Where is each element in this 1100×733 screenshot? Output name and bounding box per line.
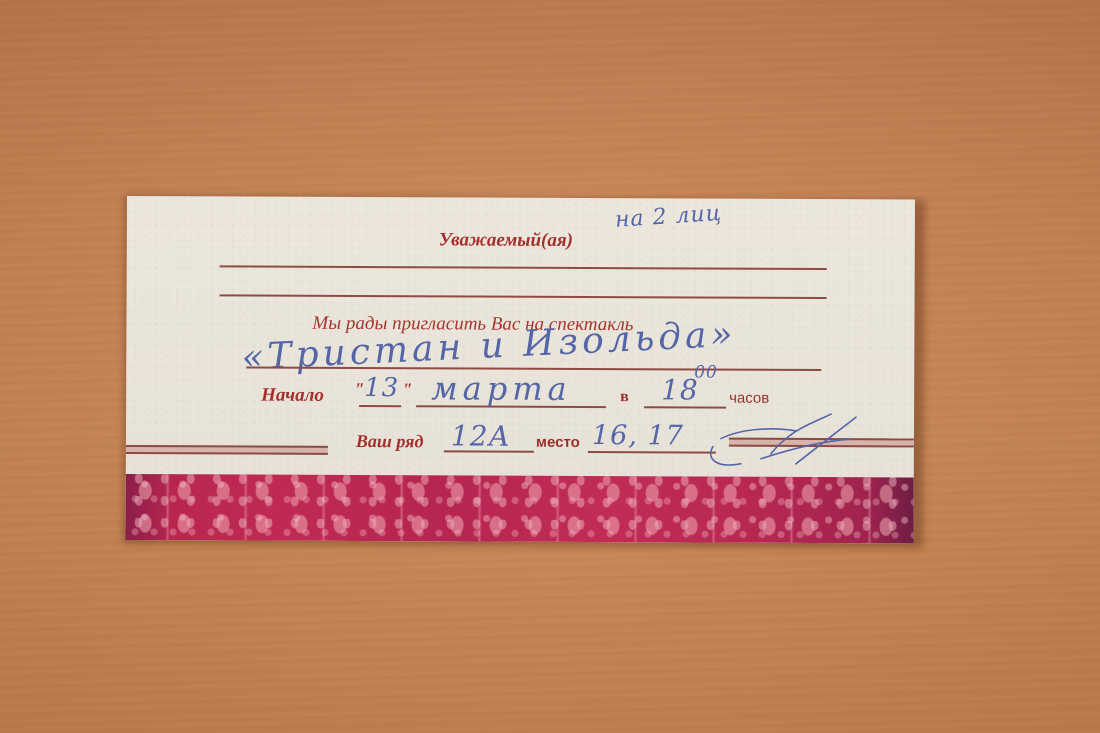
greeting-label: Уважаемый(ая) <box>439 229 573 252</box>
signature-scribble-icon <box>701 409 881 480</box>
close-quote: " <box>402 379 412 400</box>
greeting-handwritten: на 2 лиц <box>614 201 723 233</box>
seat-handwritten: 16, 17 <box>592 420 684 451</box>
seat-line <box>588 451 716 453</box>
month-handwritten: марта <box>431 369 572 408</box>
day-line <box>359 405 401 407</box>
at-label: в <box>620 388 629 406</box>
time-minutes-handwritten: 00 <box>694 362 718 382</box>
open-quote: " <box>354 379 364 400</box>
start-label: Начало <box>261 385 324 407</box>
row-handwritten: 12А <box>451 419 511 452</box>
row-label: Ваш ряд <box>356 431 424 452</box>
damask-pattern <box>125 474 913 543</box>
left-decorative-rule <box>126 445 328 455</box>
damask-decorative-band <box>125 474 913 543</box>
name-line-2 <box>220 294 827 298</box>
time-handwritten: 18 <box>661 373 699 406</box>
invitation-card: Уважаемый(ая) на 2 лиц Мы рады пригласит… <box>125 196 914 543</box>
name-line-1 <box>220 265 827 269</box>
day-handwritten: 13 <box>364 373 399 403</box>
hours-label: часов <box>729 390 769 407</box>
seat-label: место <box>536 434 580 451</box>
